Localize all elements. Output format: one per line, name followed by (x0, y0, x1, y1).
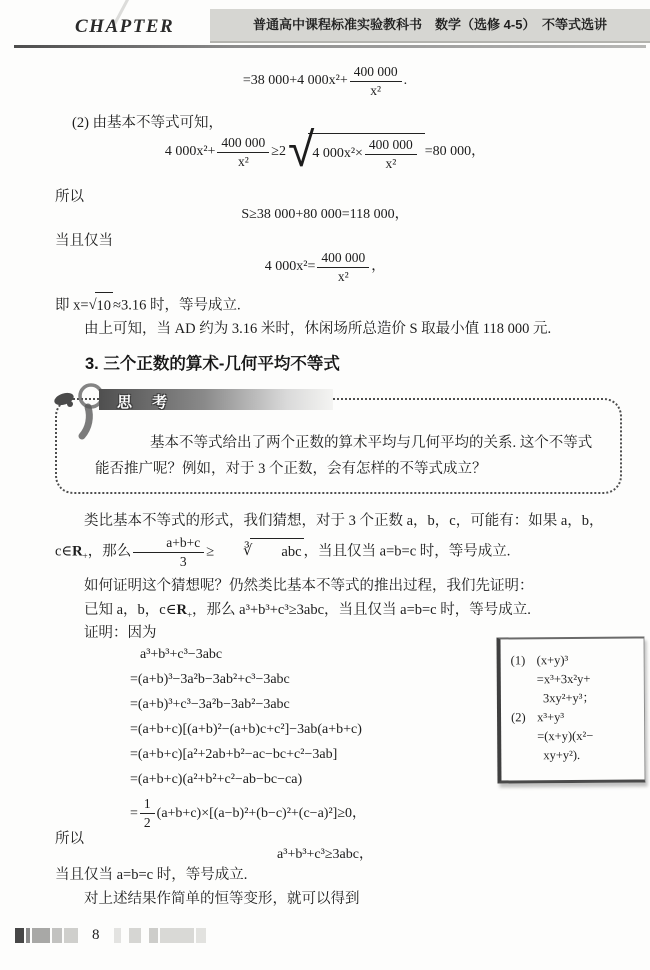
fraction-denominator: x² (317, 268, 369, 285)
fraction-numerator: 400 000 (217, 135, 269, 153)
real-set-symbol: R (72, 543, 82, 559)
formula-text: =80 000， (425, 144, 485, 159)
fraction-numerator: a+b+c (133, 535, 204, 553)
note-formula: xy+y²). (511, 746, 638, 766)
formula-text: (a+b+c)×[(a−b)²+(b−c)²+(c−a)²]≥0， (157, 801, 366, 826)
how-to-prove-paragraph: 如何证明这个猜想呢？仍然类比基本不等式的推出过程，我们先证明： (55, 573, 614, 600)
fraction-numerator: 1 (140, 796, 155, 814)
radicand: abc (250, 538, 303, 566)
think-question: 基本不等式给出了两个正数的算术平均与几何平均的关系. 这个不等式能否推广呢？例如… (95, 430, 598, 482)
note-item: (2)x³+y³ (511, 708, 638, 728)
note-item-number: (1) (511, 651, 537, 670)
textbook-page: CHAPTER 普通高中课程标准实验教科书 数学（选修 4-5） 不等式选讲 =… (0, 0, 650, 970)
formula-basic-inequality: 4 000x²+400 000x²≥2√4 000x²×400 000x²=80… (0, 132, 650, 172)
think-badge-label: 思 考 (117, 390, 175, 416)
footer-deco-block (26, 928, 30, 943)
footer-deco-block (64, 928, 78, 943)
proof-line: =(a+b+c)[a²+2ab+b²−ac−bc+c²−3ab] (130, 742, 366, 767)
fraction-denominator: x² (365, 155, 417, 172)
conjecture-paragraph: 类比基本不等式的形式，我们猜想，对于 3 个正数 a，b，c，可能有：如果 a，… (55, 508, 614, 570)
formula-text: ≈3.16 时，等号成立. (113, 297, 241, 313)
square-root: √4 000x²×400 000x² (288, 132, 425, 172)
footer-deco-block (160, 928, 194, 943)
paragraph-text: ，当且仅当 a=b=c 时，等号成立. (304, 543, 511, 559)
proof-line: a³+b³+c³−3abc (130, 642, 366, 667)
fraction: 400 000x² (317, 250, 369, 284)
fraction-numerator: 400 000 (365, 137, 417, 155)
footer-deco-block (52, 928, 62, 943)
radical-sign: ∛ (214, 538, 252, 565)
fraction: 400 000x² (217, 135, 269, 169)
formula-text: 4 000x²= (265, 259, 316, 274)
cube-root: ∛abc (214, 538, 303, 566)
footer-deco-block (129, 928, 141, 943)
proof-line: =(a+b)³+c³−3a²b−3ab²−3abc (130, 692, 366, 717)
fraction: 400 000x² (365, 137, 417, 171)
footer-deco-block (32, 928, 50, 943)
formula-text: ， (371, 259, 385, 274)
chapter-label: CHAPTER (75, 16, 174, 38)
paragraph-text: ，那么 (88, 543, 132, 559)
formula-result: a³+b³+c³≥3abc， (0, 843, 650, 863)
note-formula: 3xy²+y³； (511, 689, 638, 709)
paragraph-text: ，那么 a³+b³+c³≥3abc，当且仅当 a=b=c 时，等号成立. (192, 602, 531, 618)
proof-line: =(a+b)³−3a²b−3ab²+c³−3abc (130, 667, 366, 692)
formula-text: 4 000x²× (312, 146, 363, 162)
formula-text: 即 x= (55, 297, 89, 313)
proof-derivation: a³+b³+c³−3abc =(a+b)³−3a²b−3ab²+c³−3abc … (130, 642, 366, 830)
formula-text: =38 000+4 000x²+ (243, 73, 348, 88)
iff-conclusion: 当且仅当 a=b=c 时，等号成立. (55, 862, 614, 889)
fraction: 400 000x² (350, 64, 402, 98)
paragraph-text: 已知 a，b，c∈ (84, 602, 176, 618)
formula-s-minimum: S≥38 000+80 000=118 000， (0, 203, 650, 223)
note-item-number: (2) (511, 708, 537, 727)
fraction-numerator: 400 000 (317, 250, 369, 268)
page-footer: 8 (15, 926, 208, 944)
footer-deco-block (149, 928, 158, 943)
footer-deco-block (196, 928, 206, 943)
note-item: (1)(x+y)³ (511, 651, 638, 671)
fraction-denominator: 3 (133, 553, 204, 570)
fraction-numerator: 400 000 (350, 64, 402, 82)
note-formula: (x+y)³ (537, 653, 569, 667)
think-box: 思 考 基本不等式给出了两个正数的算术平均与几何平均的关系. 这个不等式能否推广… (55, 398, 622, 494)
footer-deco-block (114, 928, 121, 943)
fraction: 12 (140, 796, 155, 830)
proof-line: =(a+b+c)[(a+b)²−(a+b)c+c²]−3ab(a+b+c) (130, 717, 366, 742)
radical-sign: √ (288, 130, 314, 170)
fraction-denominator: x² (350, 82, 402, 99)
formula-text: = (130, 801, 138, 826)
page-number: 8 (92, 927, 100, 944)
formula-text: ≥2 (271, 144, 286, 159)
header-rule (14, 45, 646, 48)
formula-s-expanded: =38 000+4 000x²+400 000x². (0, 64, 650, 98)
conclusion-line: 由上可知，当 AD 约为 3.16 米时，休闲场所总造价 S 取最小值 118 … (55, 316, 614, 343)
formula-text: 4 000x²+ (165, 144, 216, 159)
note-formula: x³+y³ (537, 710, 564, 724)
fraction-denominator: x² (217, 153, 269, 170)
note-formula: =x³+3x²y+ (511, 670, 638, 690)
section-heading: 3. 三个正数的算术-几何平均不等式 (85, 350, 340, 374)
formula-text: ≥ (206, 543, 214, 559)
margin-note: (1)(x+y)³ =x³+3x²y+ 3xy²+y³； (2)x³+y³ =(… (496, 636, 645, 783)
proof-line: =(a+b+c)(a²+b²+c²−ab−bc−ca) (130, 767, 366, 792)
real-set-symbol: R (176, 602, 186, 618)
formula-equality-condition: 4 000x²=400 000x²， (0, 250, 650, 284)
remark-line: 对上述结果作简单的恒等变形，就可以得到 (55, 886, 614, 913)
formula-text: . (404, 73, 408, 88)
note-formula: =(x+y)(x²− (511, 727, 638, 747)
fraction: a+b+c3 (133, 535, 204, 569)
footer-deco-block (15, 928, 24, 943)
book-title-banner: 普通高中课程标准实验教科书 数学（选修 4-5） 不等式选讲 (210, 9, 650, 43)
think-badge: 思 考 (71, 388, 333, 412)
proof-line-final: =12(a+b+c)×[(a−b)²+(b−c)²+(c−a)²]≥0， (130, 796, 366, 830)
